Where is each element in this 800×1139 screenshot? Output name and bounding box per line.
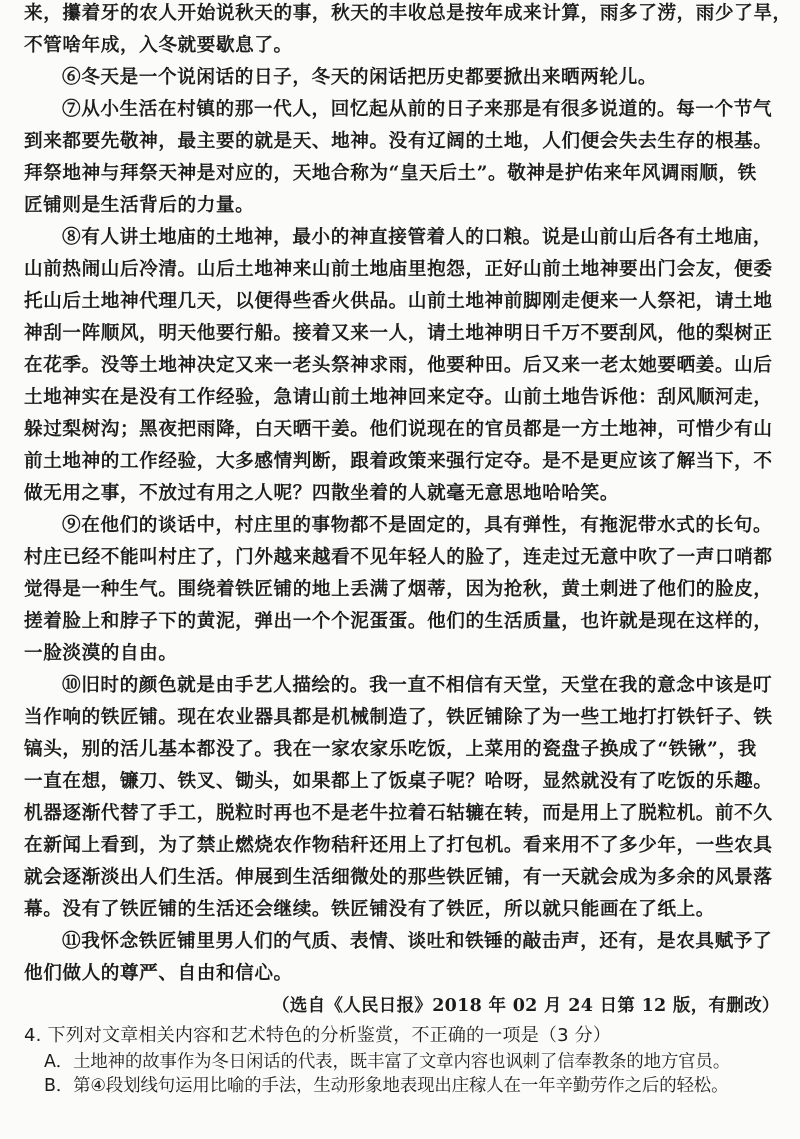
passage-line: 村庄已经不能叫村庄了，门外越来越看不见年轻人的脸了，连走过无意中吹了一声口哨都 [24, 546, 776, 570]
passage-line: 躲过梨树沟；黑夜把雨降，白天晒干姜。他们说现在的官员都是一方土地神，可惜少有山 [24, 418, 776, 442]
passage-line: 神刮一阵顺风，明天他要行船。接着又来一人，请土地神明日千万不要刮风，他的梨树正 [24, 322, 776, 346]
paragraph-9: ⑨在他们的谈话中，村庄里的事物都不是固定的，具有弹性，有拖泥带水式的长句。 [62, 514, 776, 538]
passage-line: 镐头，别的活儿基本都没了。我在一家农家乐吃饭，上菜用的瓷盘子换成了“铁锹”，我 [24, 738, 776, 762]
question-4-option-a: A．土地神的故事作为冬日闲话的代表，既丰富了文章内容也讽刺了信奉教条的地方官员。 [44, 1050, 796, 1074]
passage-line: 觉得是一种生气。围绕着铁匠铺的地上丢满了烟蒂，因为抢秋，黄土刺进了他们的脸皮， [24, 578, 776, 602]
passage-line: 在花季。没等土地神决定又来一老头祭神求雨，他要种田。后又来一老太她要晒姜。山后 [24, 354, 776, 378]
passage-line: 前土地神的工作经验，大多感情判断，跟着政策来强行定夺。是不是更应该了解当下，不 [24, 450, 776, 474]
passage-line: 山前热闹山后冷清。山后土地神来山前土地庙里抱怨，正好山前土地神要出门会友，便委 [24, 258, 776, 282]
question-4-stem: 4. 下列对文章相关内容和艺术特色的分析鉴赏，不正确的一项是（3 分） [24, 1024, 776, 1048]
paragraph-8: ⑧有人讲土地庙的土地神，最小的神直接管着人的口粮。说是山前山后各有土地庙， [62, 226, 776, 250]
passage-line: 一脸淡漠的自由。 [24, 642, 776, 666]
passage-line: 做无用之事，不放过有用之人呢？四散坐着的人就毫无意思地哈哈笑。 [24, 482, 776, 506]
passage-line: 托山后土地神代理几天，以便得些香火供品。山前土地神前脚刚走便来一人祭祀，请土地 [24, 290, 776, 314]
passage-line: 他们做人的尊严、自由和信心。 [24, 962, 776, 986]
exam-page: 来，攥着牙的农人开始说秋天的事，秋天的丰收总是按年成来计算，雨多了涝，雨少了旱，… [0, 0, 800, 1139]
passage-line: 拜祭地神与拜祭天神是对应的，天地合称为“皇天后土”。敬神是护佑来年风调雨顺，铁 [24, 162, 776, 186]
source-citation: （选自《人民日报》2018 年 02 月 24 日第 12 版，有删改） [272, 994, 782, 1018]
passage-line: 匠铺则是生活背后的力量。 [24, 194, 776, 218]
passage-line: 在新闻上看到，为了禁止燃烧农作物秸秆还用上了打包机。看来用不了多少年，一些农具 [24, 834, 776, 858]
paragraph-6: ⑥冬天是一个说闲话的日子，冬天的闲话把历史都要掀出来晒两轮儿。 [62, 66, 776, 90]
paragraph-11: ⑪我怀念铁匠铺里男人们的气质、表情、谈吐和铁锤的敲击声，还有，是农具赋予了 [62, 930, 776, 954]
passage-line: 当作响的铁匠铺。现在农业器具都是机械制造了，铁匠铺除了为一些工地打打铁钎子、铁 [24, 706, 776, 730]
question-4-option-b: B．第④段划线句运用比喻的手法，生动形象地表现出庄稼人在一年辛勤劳作之后的轻松。 [44, 1074, 796, 1098]
passage-line: 不管啥年成，入冬就要歇息了。 [24, 34, 776, 58]
passage-line: 搓着脸上和脖子下的黄泥，弹出一个个泥蛋蛋。他们的生活质量，也许就是现在这样的， [24, 610, 776, 634]
passage-line: 就会逐渐淡出人们生活。伸展到生活细微处的那些铁匠铺，有一天就会成为多余的风景落 [24, 866, 776, 890]
paragraph-7: ⑦从小生活在村镇的那一代人，回忆起从前的日子来那是有很多说道的。每一个节气 [62, 98, 776, 122]
passage-line: 土地神实在是没有工作经验，急请山前土地神回来定夺。山前土地告诉他：刮风顺河走， [24, 386, 776, 410]
passage-line: 幕。没有了铁匠铺的生活还会继续。铁匠铺没有了铁匠，所以就只能画在了纸上。 [24, 898, 776, 922]
paragraph-10: ⑩旧时的颜色就是由手艺人描绘的。我一直不相信有天堂，天堂在我的意念中该是叮 [62, 674, 776, 698]
passage-line: 到来都要先敬神，最主要的就是天、地神。没有辽阔的土地，人们便会失去生存的根基。 [24, 130, 776, 154]
passage-line: 一直在想，镰刀、铁叉、锄头，如果都上了饭桌子呢？哈呀，显然就没有了吃饭的乐趣。 [24, 770, 776, 794]
passage-line: 机器逐渐代替了手工，脱粒时再也不是老牛拉着石轱辘在转，而是用上了脱粒机。前不久 [24, 802, 776, 826]
passage-line: 来，攥着牙的农人开始说秋天的事，秋天的丰收总是按年成来计算，雨多了涝，雨少了旱， [24, 2, 776, 26]
